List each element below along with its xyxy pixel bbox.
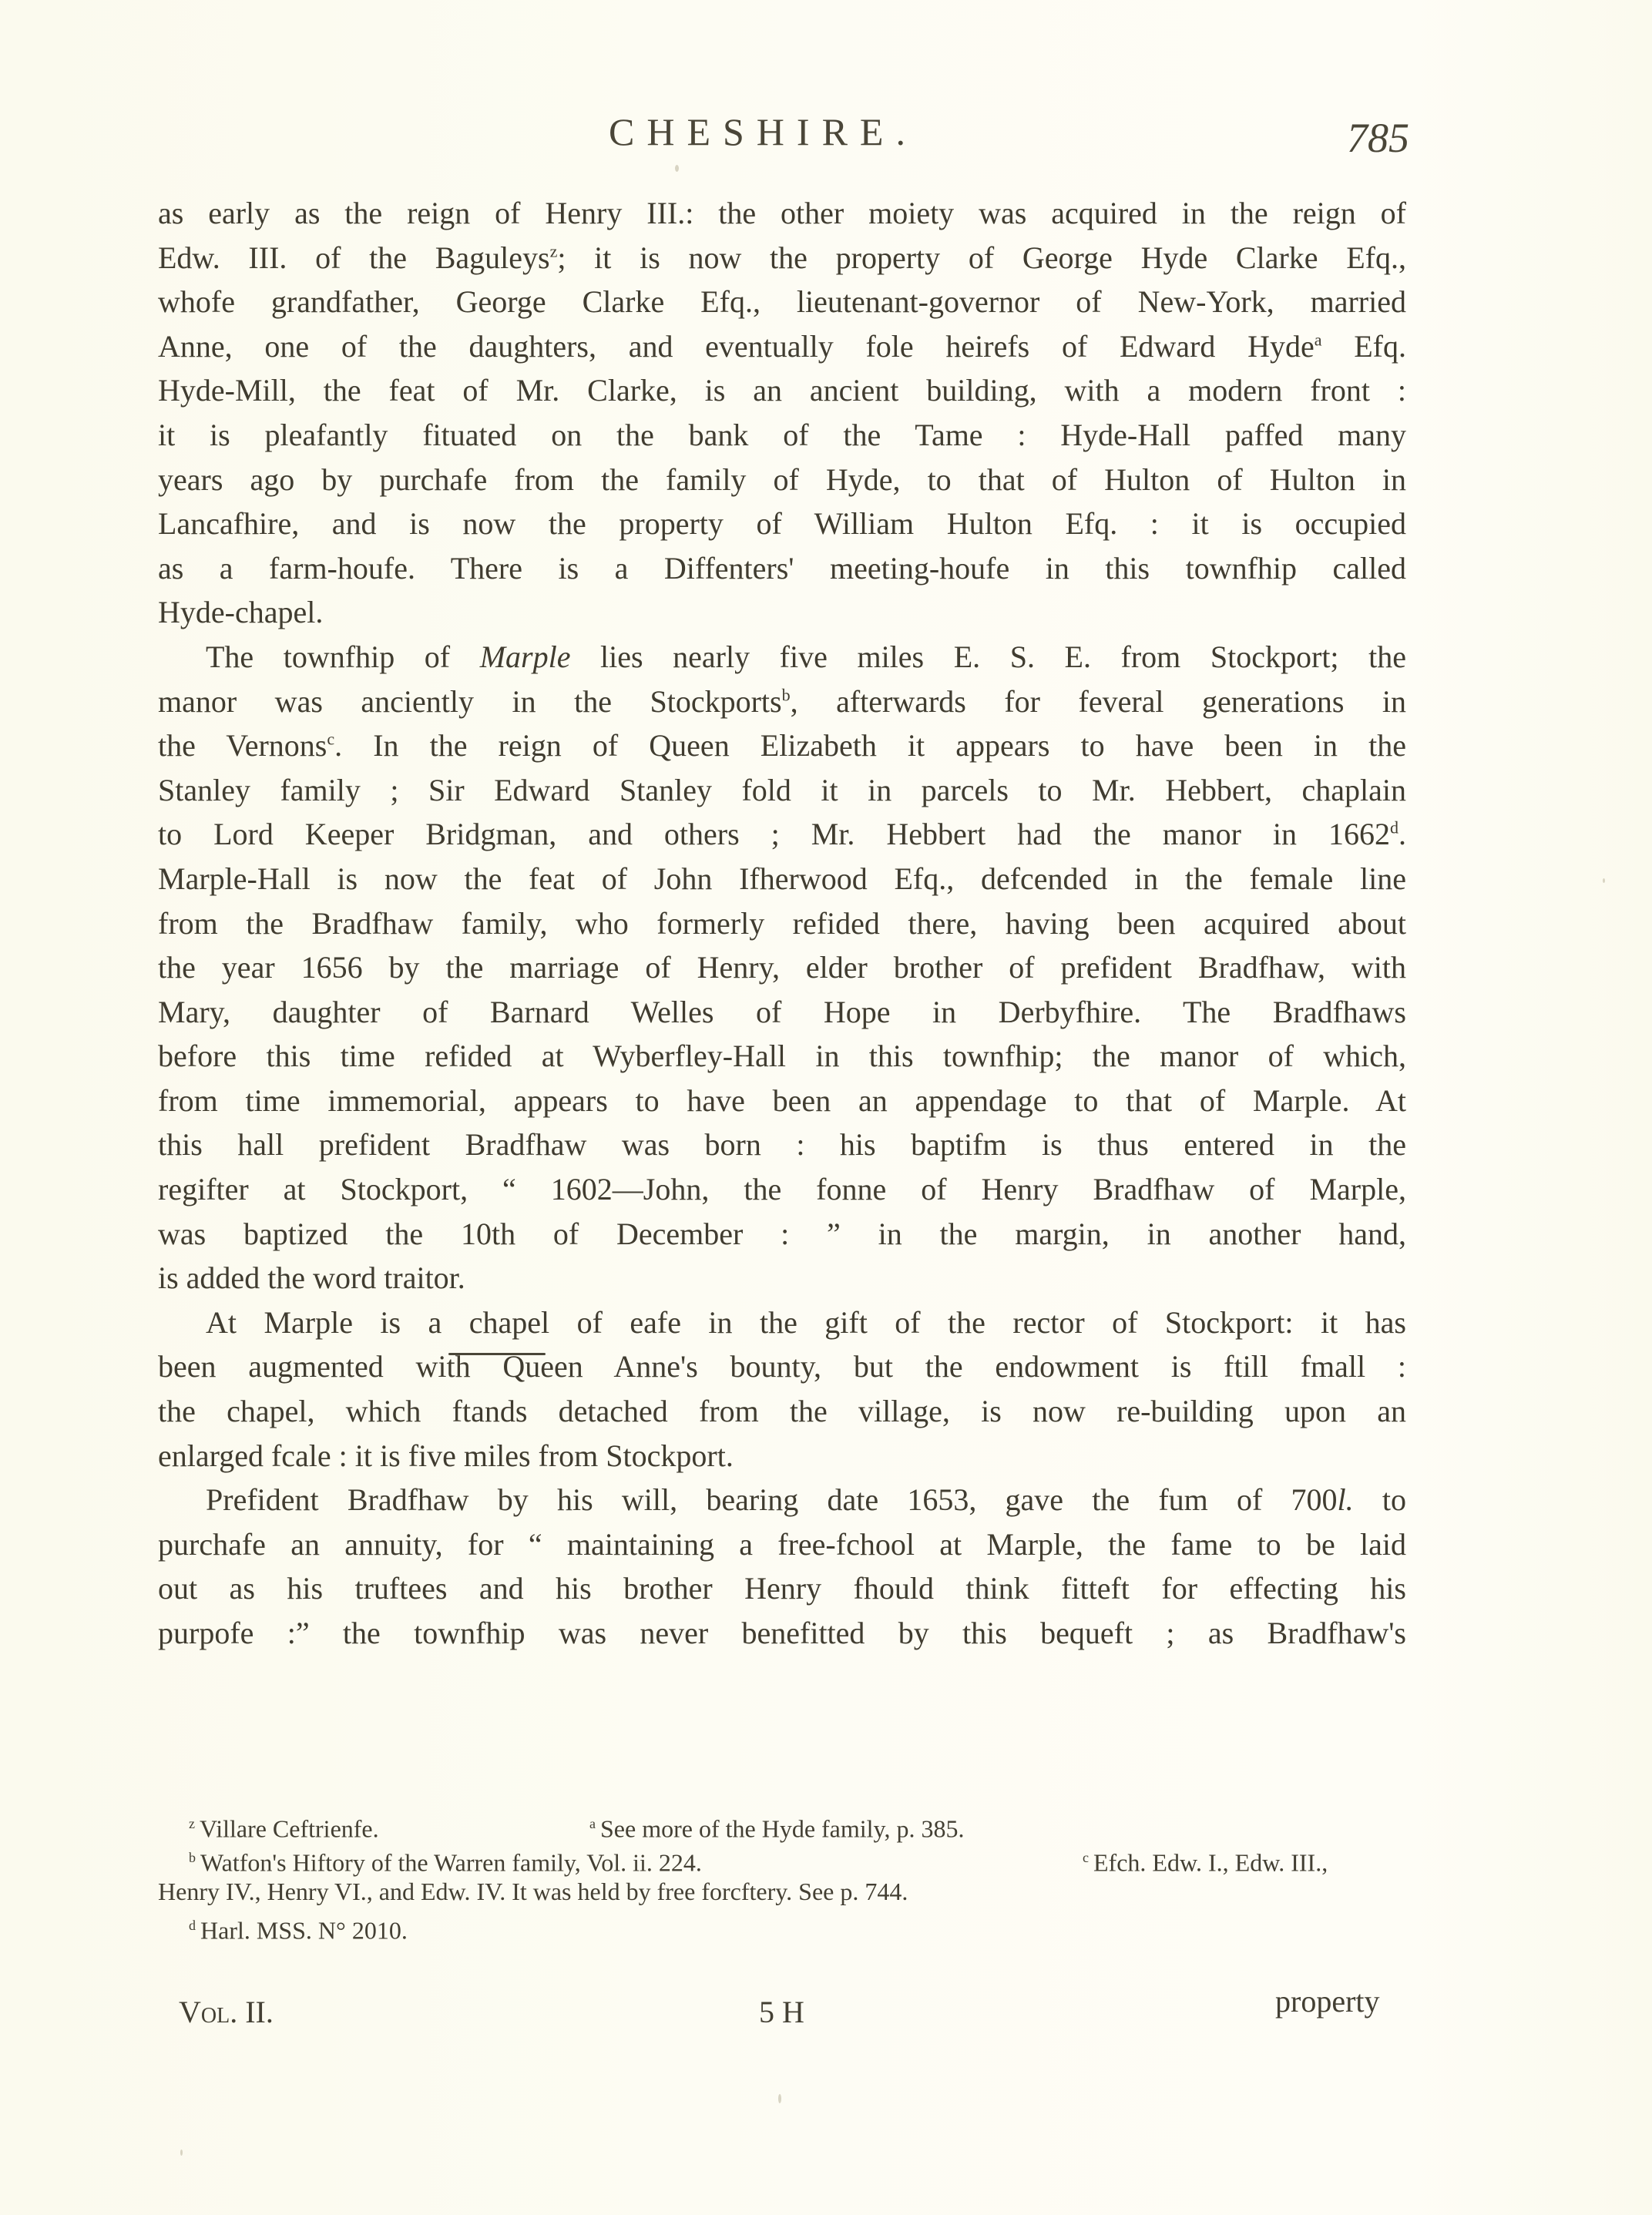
text-line: the year 1656 by the marriage of Henry, … <box>158 945 1406 990</box>
footnote-c-continuation: Henry IV., Henry VI., and Edw. IV. It wa… <box>158 1874 908 1908</box>
text-line: Stanley family ; Sir Edward Stanley fold… <box>158 768 1406 813</box>
text-line: from the Bradfhaw family, who formerly r… <box>158 901 1406 946</box>
footnote-row: Henry IV., Henry VI., and Edw. IV. It wa… <box>158 1874 1406 1908</box>
text-line: this hall prefident Bradfhaw was born : … <box>158 1123 1406 1167</box>
page-number: 785 <box>1347 114 1409 162</box>
text-line: Lancafhire, and is now the property of W… <box>158 502 1406 546</box>
paragraph-start: At Marple is a chapel of eafe in the gif… <box>158 1300 1406 1345</box>
footnote-ref[interactable]: b <box>782 685 791 704</box>
paper-speck <box>778 2094 781 2103</box>
text-line: years ago by purchafe from the family of… <box>158 458 1406 502</box>
body-text: as early as the reign of Henry III.: the… <box>158 191 1406 1656</box>
signature-mark: 5 H <box>759 1994 804 2030</box>
text-line: before this time refided at Wyberfley-Ha… <box>158 1034 1406 1079</box>
paper-speck <box>1603 878 1605 883</box>
running-title: CHESHIRE. <box>609 109 918 154</box>
volume-label: Vol. II. <box>179 1994 274 2030</box>
text-line: Hyde-Mill, the feat of Mr. Clarke, is an… <box>158 368 1406 413</box>
text-line: Edw. III. of the Baguleysz; it is now th… <box>158 236 1406 280</box>
footnote-d: dHarl. MSS. N° 2010. <box>189 1908 408 1948</box>
footnote-ref[interactable]: a <box>1315 330 1322 349</box>
paragraph-start: The townfhip of Marple lies nearly five … <box>158 635 1406 680</box>
text-line: the Vernonsc. In the reign of Queen Eliz… <box>158 723 1406 768</box>
underline-traitor <box>448 1353 546 1355</box>
text-line: Anne, one of the daughters, and eventual… <box>158 324 1406 369</box>
paper-speck <box>180 2150 183 2156</box>
text-line: purchafe an annuity, for “ maintaining a… <box>158 1522 1406 1567</box>
text-line: as early as the reign of Henry III.: the… <box>158 191 1406 236</box>
pound-symbol: l. <box>1338 1482 1354 1517</box>
footnote-row: zVillare Ceftrienfe. aSee more of the Hy… <box>158 1807 1406 1841</box>
text-line: as a farm-houfe. There is a Diffenters' … <box>158 546 1406 591</box>
text-line: is added the word traitor. <box>158 1256 1406 1300</box>
footnote-row: dHarl. MSS. N° 2010. <box>158 1908 1406 1942</box>
text-line: from time immemorial, appears to have be… <box>158 1079 1406 1123</box>
paper-speck <box>675 165 679 172</box>
text-line: the chapel, which ftands detached from t… <box>158 1389 1406 1434</box>
footnote-row: bWatfon's Hiftory of the Warren family, … <box>158 1841 1406 1874</box>
text-line: whofe grandfather, George Clarke Efq., l… <box>158 280 1406 324</box>
text-line: to Lord Keeper Bridgman, and others ; Mr… <box>158 812 1406 857</box>
place-name-italic: Marple <box>480 639 571 674</box>
text-line: it is pleafantly fituated on the bank of… <box>158 413 1406 458</box>
footnotes: zVillare Ceftrienfe. aSee more of the Hy… <box>158 1807 1406 1942</box>
text-line: enlarged fcale : it is five miles from S… <box>158 1434 1406 1478</box>
text-line: manor was anciently in the Stockportsb, … <box>158 680 1406 724</box>
text-line: been augmented with Queen Anne's bounty,… <box>158 1344 1406 1389</box>
text-line: regifter at Stockport, “ 1602—John, the … <box>158 1167 1406 1212</box>
text-line: purpofe :” the townfhip was never benefi… <box>158 1611 1406 1656</box>
footnote-ref[interactable]: c <box>327 730 334 749</box>
signature-line: Vol. II. 5 H property <box>0 1988 1652 2034</box>
text-line: Hyde-chapel. <box>158 590 1406 635</box>
text-line: Marple-Hall is now the feat of John Ifhe… <box>158 857 1406 901</box>
running-head: CHESHIRE. 785 <box>0 92 1652 162</box>
footnote-ref[interactable]: d <box>1390 818 1398 837</box>
paragraph-start: Prefident Bradfhaw by his will, bearing … <box>158 1478 1406 1522</box>
text-line: out as his truftees and his brother Henr… <box>158 1566 1406 1611</box>
catchword: property <box>1275 1983 1380 2019</box>
footnote-ref[interactable]: z <box>550 241 558 260</box>
text-line: Mary, daughter of Barnard Welles of Hope… <box>158 990 1406 1035</box>
text-line: was baptized the 10th of December : ” in… <box>158 1212 1406 1257</box>
book-page: CHESHIRE. 785 as early as the reign of H… <box>0 0 1652 2215</box>
